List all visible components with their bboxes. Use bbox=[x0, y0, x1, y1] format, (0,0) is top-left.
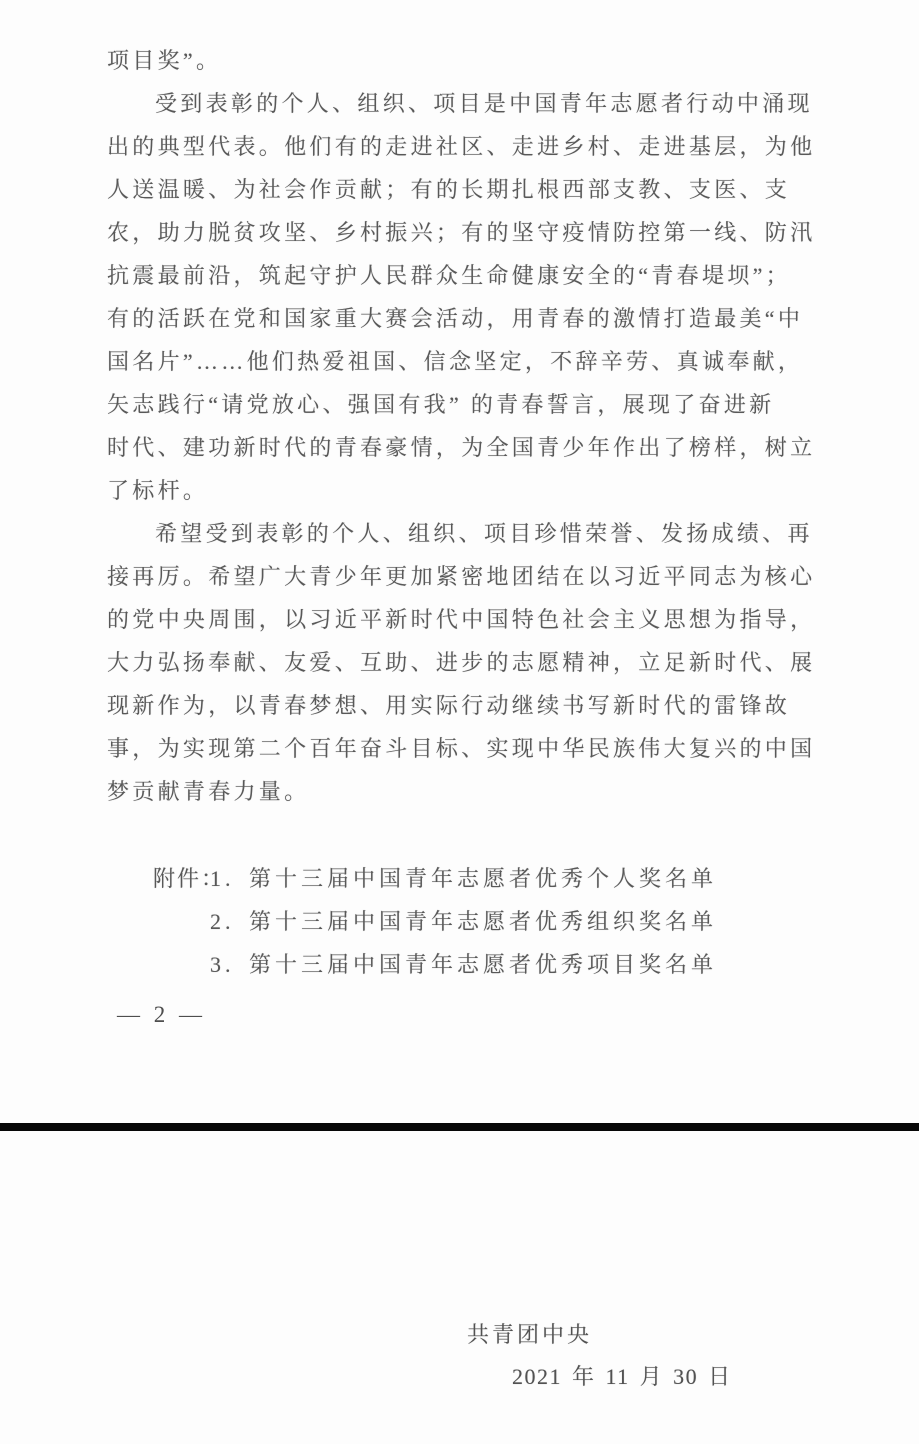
body-line: 希望受到表彰的个人、组织、项目珍惜荣誉、发扬成绩、再 bbox=[107, 512, 823, 555]
body-line: 时代、建功新时代的青春豪情，为全国青少年作出了榜样，树立 bbox=[107, 426, 823, 469]
body-line: 项目奖”。 bbox=[107, 39, 823, 82]
attachment-item: 1. 第十三届中国青年志愿者优秀个人奖名单 bbox=[210, 857, 717, 900]
page-number: — 2 — bbox=[117, 993, 204, 1036]
attachment-item: 2. 第十三届中国青年志愿者优秀组织奖名单 bbox=[210, 900, 717, 943]
body-line: 受到表彰的个人、组织、项目是中国青年志愿者行动中涌现 bbox=[107, 82, 823, 125]
body-line: 大力弘扬奉献、友爱、互助、进步的志愿精神，立足新时代、展 bbox=[107, 641, 823, 684]
body-line: 了标杆。 bbox=[107, 469, 823, 512]
attachment-row: 附件： 1. 第十三届中国青年志愿者优秀个人奖名单 bbox=[153, 857, 717, 900]
body-line: 矢志践行“请党放心、强国有我” 的青春誓言，展现了奋进新 bbox=[107, 383, 823, 426]
body-line: 出的典型代表。他们有的走进社区、走进乡村、走进基层，为他 bbox=[107, 125, 823, 168]
body-line: 梦贡献青春力量。 bbox=[107, 770, 823, 813]
attachment-row: 2. 第十三届中国青年志愿者优秀组织奖名单 bbox=[153, 900, 717, 943]
body-line: 人送温暖、为社会作贡献；有的长期扎根西部支教、支医、支 bbox=[107, 168, 823, 211]
body-line: 国名片”……他们热爱祖国、信念坚定，不辞辛劳、真诚奉献， bbox=[107, 340, 823, 383]
body-line: 有的活跃在党和国家重大赛会活动，用青春的激情打造最美“中 bbox=[107, 297, 823, 340]
attachment-row: 3. 第十三届中国青年志愿者优秀项目奖名单 bbox=[153, 943, 717, 986]
separator-bar bbox=[0, 1123, 919, 1131]
attachment-label: 附件： bbox=[153, 857, 210, 900]
body-line: 接再厉。希望广大青少年更加紧密地团结在以习近平同志为核心 bbox=[107, 555, 823, 598]
signature-date: 2021 年 11 月 30 日 bbox=[512, 1355, 732, 1398]
body-line: 事，为实现第二个百年奋斗目标、实现中华民族伟大复兴的中国 bbox=[107, 727, 823, 770]
body-line: 现新作为，以青春梦想、用实际行动继续书写新时代的雷锋故 bbox=[107, 684, 823, 727]
body-line: 农，助力脱贫攻坚、乡村振兴；有的坚守疫情防控第一线、防汛 bbox=[107, 211, 823, 254]
scanned-document-page: 项目奖”。 受到表彰的个人、组织、项目是中国青年志愿者行动中涌现 出的典型代表。… bbox=[0, 0, 919, 1444]
body-line: 抗震最前沿，筑起守护人民群众生命健康安全的“青春堤坝”； bbox=[107, 254, 823, 297]
attachment-list: 附件： 1. 第十三届中国青年志愿者优秀个人奖名单 2. 第十三届中国青年志愿者… bbox=[153, 857, 717, 986]
signature-organization: 共青团中央 bbox=[467, 1313, 592, 1356]
attachment-item: 3. 第十三届中国青年志愿者优秀项目奖名单 bbox=[210, 943, 717, 986]
body-line: 的党中央周围，以习近平新时代中国特色社会主义思想为指导， bbox=[107, 598, 823, 641]
document-body: 项目奖”。 受到表彰的个人、组织、项目是中国青年志愿者行动中涌现 出的典型代表。… bbox=[107, 39, 823, 813]
